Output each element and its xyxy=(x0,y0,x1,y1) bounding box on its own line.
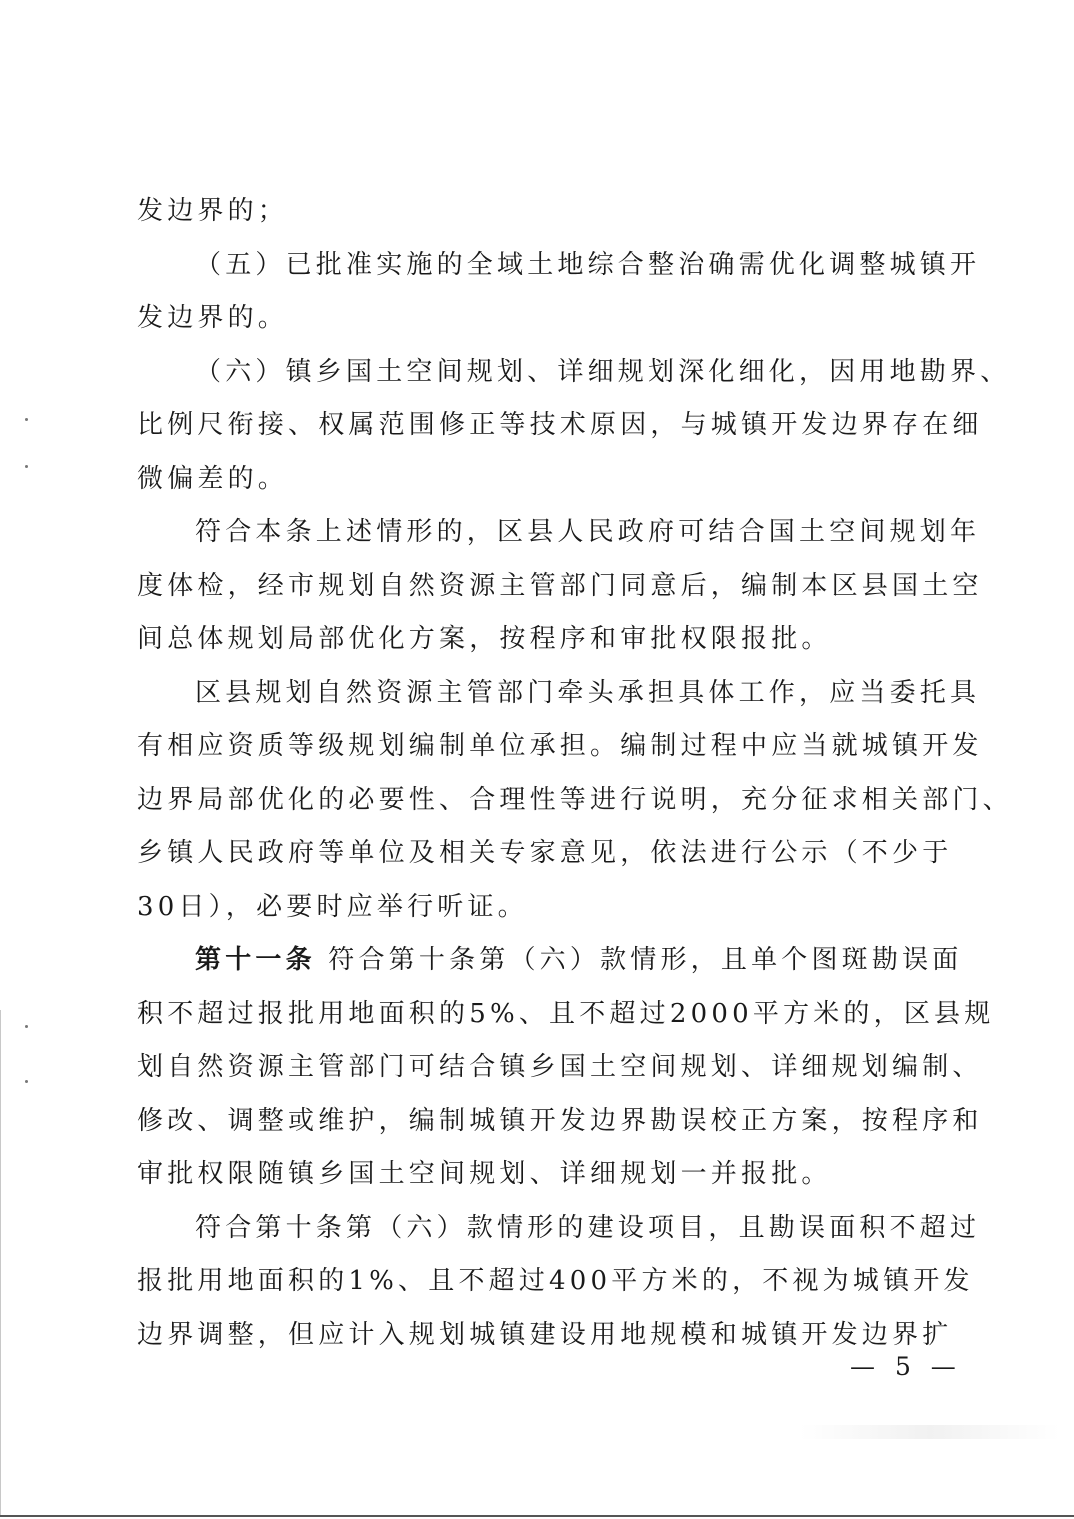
text-line: 修改、调整或维护，编制城镇开发边界勘误校正方案，按程序和 xyxy=(137,1095,937,1149)
text-line: （五）已批准实施的全域土地综合整治确需优化调整城镇开 xyxy=(137,239,937,293)
text-line: 30日），必要时应举行听证。 xyxy=(137,881,937,935)
page-number: — 5 — xyxy=(850,1352,962,1381)
text-line: 发边界的； xyxy=(137,185,937,239)
body-text: 发边界的； （五）已批准实施的全域土地综合整治确需优化调整城镇开 发边界的。 （… xyxy=(137,185,937,1362)
article-heading: 第十一条 xyxy=(195,945,316,975)
scan-smudge xyxy=(800,1425,1060,1439)
text-line: 积不超过报批用地面积的5%、且不超过2000平方米的，区县规 xyxy=(137,988,937,1042)
text-line: 报批用地面积的1%、且不超过400平方米的，不视为城镇开发 xyxy=(137,1255,937,1309)
text-line: 符合第十条第（六）款情形的建设项目，且勘误面积不超过 xyxy=(137,1202,937,1256)
text-line: 度体检，经市规划自然资源主管部门同意后，编制本区县国土空 xyxy=(137,560,937,614)
text-line: 有相应资质等级规划编制单位承担。编制过程中应当就城镇开发 xyxy=(137,720,937,774)
text-line: 边界调整，但应计入规划城镇建设用地规模和城镇开发边界扩 xyxy=(137,1309,937,1363)
text-line: 区县规划自然资源主管部门牵头承担具体工作，应当委托具 xyxy=(137,667,937,721)
text-line: 划自然资源主管部门可结合镇乡国土空间规划、详细规划编制、 xyxy=(137,1041,937,1095)
binding-hole-mark xyxy=(25,1025,28,1028)
document-page: 发边界的； （五）已批准实施的全域土地综合整治确需优化调整城镇开 发边界的。 （… xyxy=(0,0,1074,1519)
text-line: 审批权限随镇乡国土空间规划、详细规划一并报批。 xyxy=(137,1148,937,1202)
text-line: 边界局部优化的必要性、合理性等进行说明，充分征求相关部门、 xyxy=(137,774,937,828)
scan-edge-bottom xyxy=(0,1515,1074,1517)
binding-hole-mark xyxy=(25,465,28,468)
text-line: （六）镇乡国土空间规划、详细规划深化细化，因用地勘界、 xyxy=(137,346,937,400)
text-line: 符合本条上述情形的，区县人民政府可结合国土空间规划年 xyxy=(137,506,937,560)
text-line: 乡镇人民政府等单位及相关专家意见，依法进行公示（不少于 xyxy=(137,827,937,881)
text-line: 间总体规划局部优化方案，按程序和审批权限报批。 xyxy=(137,613,937,667)
text-line: 微偏差的。 xyxy=(137,453,937,507)
text-line: 发边界的。 xyxy=(137,292,937,346)
binding-hole-mark xyxy=(25,418,28,421)
article-line: 第十一条 符合第十条第（六）款情形，且单个图斑勘误面 xyxy=(137,934,937,988)
text-line: 比例尺衔接、权属范围修正等技术原因，与城镇开发边界存在细 xyxy=(137,399,937,453)
binding-hole-mark xyxy=(25,1080,28,1083)
scan-edge-left xyxy=(0,1010,1,1515)
text-line: 符合第十条第（六）款情形，且单个图斑勘误面 xyxy=(328,945,962,975)
